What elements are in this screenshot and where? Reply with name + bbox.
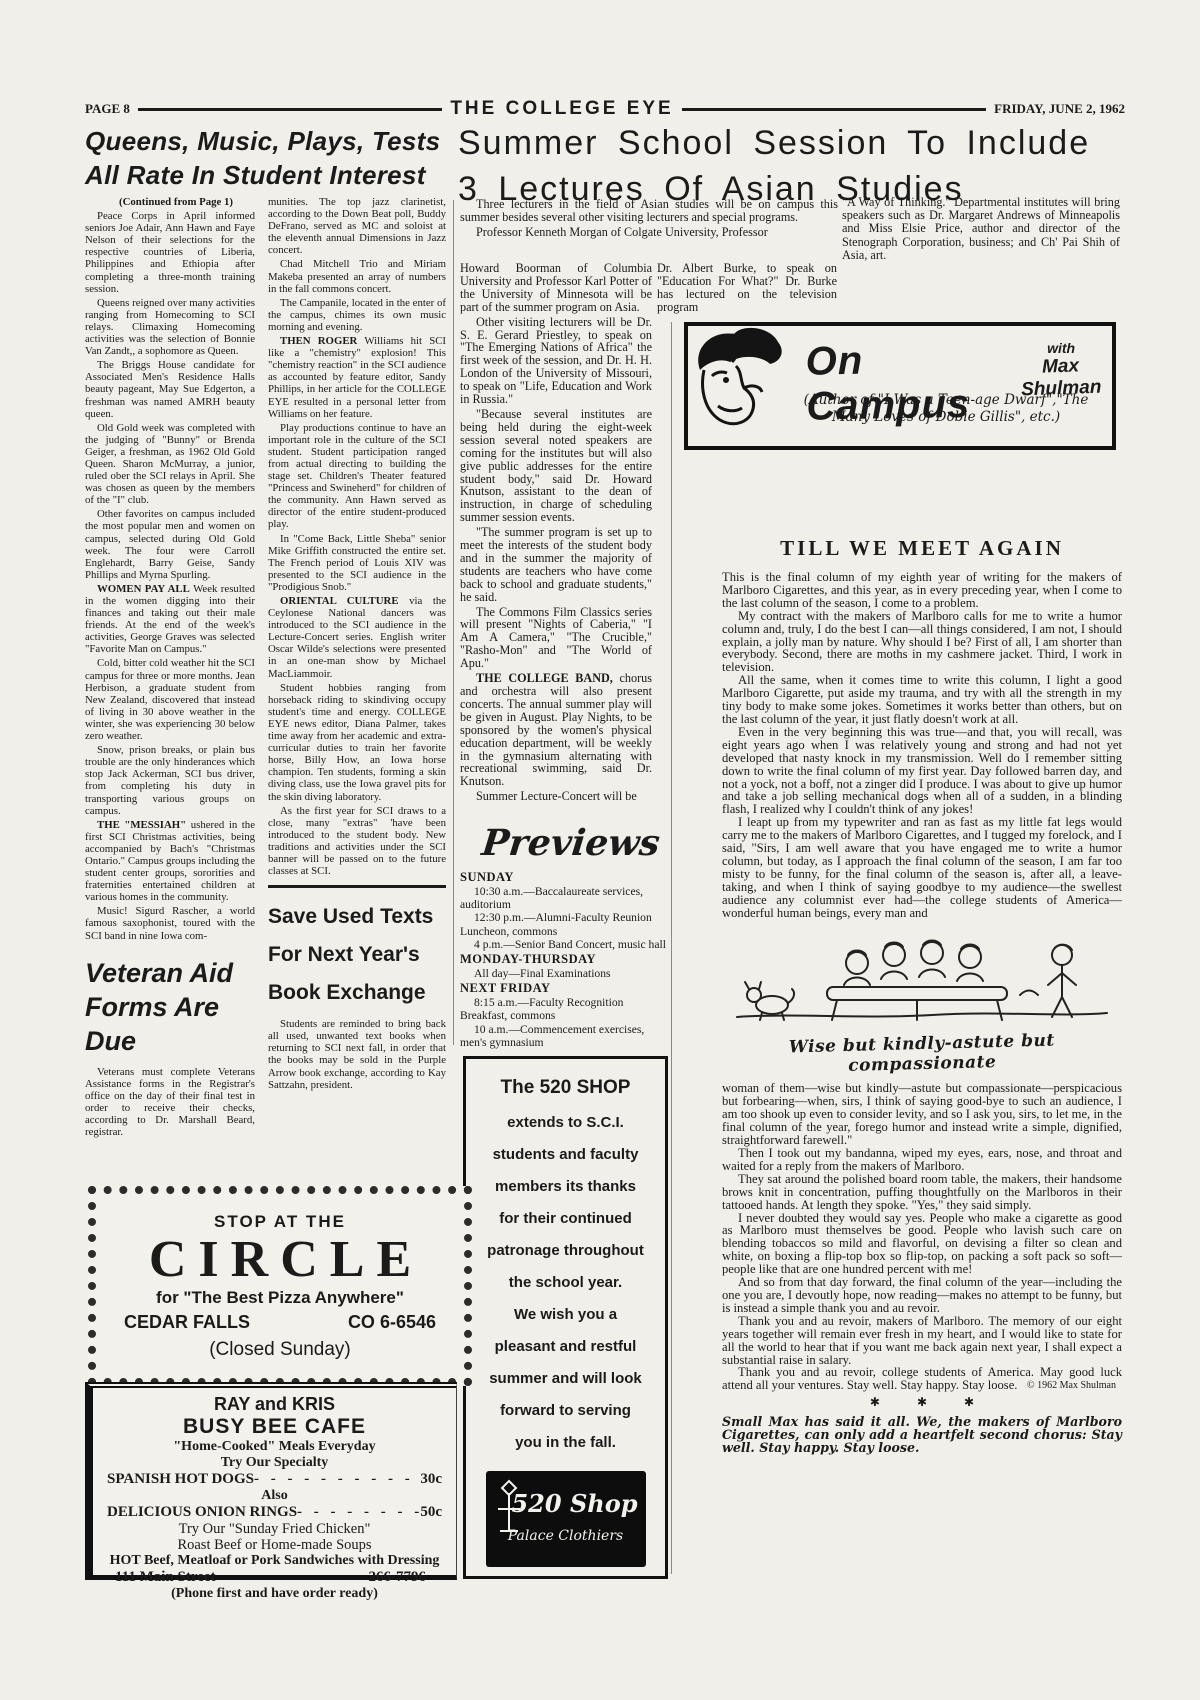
- ad-address: 111 Main Street: [115, 1569, 216, 1586]
- paragraph: Dr. Albert Burke, to speak on "Education…: [657, 262, 837, 314]
- ad-line: patronage throughout: [466, 1242, 665, 1259]
- paragraph: "A Way of Thinking." Departmental instit…: [842, 196, 1120, 262]
- ad-business-name: BUSY BEE CAFE: [93, 1415, 456, 1439]
- summer-column-right: "A Way of Thinking." Departmental instit…: [842, 196, 1120, 262]
- ad-line: STOP AT THE: [96, 1212, 464, 1232]
- paragraph: This is the final column of my eighth ye…: [722, 571, 1122, 610]
- ad-line: (Phone first and have order ready): [93, 1586, 456, 1602]
- previews-section: Previews SUNDAY 10:30 a.m.—Baccalaureate…: [460, 822, 670, 1049]
- paragraph-lead: THEN ROGER: [280, 335, 357, 347]
- menu-item: SPANISH HOT DOGS - - - - - - - - - - - 3…: [93, 1471, 456, 1488]
- circle-pizza-ad: STOP AT THE CIRCLE for "The Best Pizza A…: [88, 1186, 472, 1386]
- headline-line: Book Exchange: [268, 974, 446, 1012]
- paragraph: I leapt up from my typewriter and ran as…: [722, 816, 1122, 919]
- ad-business-name: CIRCLE: [108, 1234, 464, 1286]
- paragraph: My contract with the makers of Marlboro …: [722, 610, 1122, 675]
- ad-line: extends to S.C.I.: [466, 1114, 665, 1131]
- ad-line: forward to serving: [466, 1402, 665, 1419]
- paragraph: Other visiting lecturers will be Dr. S. …: [460, 316, 652, 406]
- ad-contact-row: CEDAR FALLS CO 6-6546: [96, 1308, 464, 1333]
- schedule-item: 10 a.m.—Commencement exercises, men's gy…: [460, 1023, 670, 1049]
- book-exchange-headline: Save Used Texts For Next Year's Book Exc…: [268, 898, 446, 1012]
- paragraph: Queens reigned over many activities rang…: [85, 297, 255, 357]
- ad-line: HOT Beef, Meatloaf or Pork Sandwiches wi…: [93, 1553, 456, 1569]
- paragraph-lead: ORIENTAL CULTURE: [280, 595, 399, 607]
- paragraph: The Campanile, located in the enter of t…: [268, 297, 446, 333]
- queens-column-1: (Continued from Page 1) Peace Corps in A…: [85, 196, 255, 1186]
- paragraph: They sat around the polished board room …: [722, 1173, 1122, 1212]
- on-campus-column-header: On Campus with Max Shulman (Author of "I…: [684, 322, 1116, 450]
- ad-phone: 266-7796: [369, 1569, 427, 1586]
- paragraph: Old Gold week was completed with the jud…: [85, 422, 255, 507]
- shop-520-ad: The 520 SHOP extends to S.C.I. students …: [463, 1056, 668, 1579]
- menu-item: DELICIOUS ONION RINGS - - - - - - - - - …: [93, 1504, 456, 1521]
- paragraph: Then I took out my bandanna, wiped my ey…: [722, 1147, 1122, 1173]
- headline-line: Veteran Aid: [85, 956, 255, 990]
- ad-line: students and faculty: [466, 1146, 665, 1163]
- ad-contact-row: 111 Main Street 266-7796: [93, 1569, 456, 1586]
- article-queens-headline: Queens, Music, Plays, Tests All Rate In …: [85, 124, 455, 192]
- page-number-label: PAGE 8: [85, 101, 130, 117]
- paragraph: The Commons Film Classics series will pr…: [460, 606, 652, 671]
- paragraph: Student hobbies ranging from horseback r…: [268, 682, 446, 803]
- ad-tagline: for "The Best Pizza Anywhere": [96, 1288, 464, 1308]
- schedule-item: All day—Final Examinations: [460, 967, 670, 980]
- paragraph: Students are reminded to bring back all …: [268, 1018, 446, 1091]
- ad-line: members its thanks: [466, 1178, 665, 1195]
- newspaper-page: PAGE 8 THE COLLEGE EYE FRIDAY, JUNE 2, 1…: [0, 0, 1200, 1700]
- cartoon-caption: Wise but kindly-astute but compassionate: [722, 1029, 1123, 1079]
- ad-line: The 520 SHOP: [466, 1077, 665, 1099]
- paragraph-lead: THE "MESSIAH": [97, 819, 186, 831]
- paragraph: All the same, when it comes time to writ…: [722, 674, 1122, 726]
- ad-line: Try Our "Sunday Fried Chicken": [93, 1521, 456, 1537]
- paragraph-lead: WOMEN PAY ALL: [97, 583, 190, 595]
- previews-title: Previews: [480, 822, 672, 864]
- headline-line: Forms Are Due: [85, 990, 255, 1058]
- lamp-post-icon: [492, 1479, 526, 1539]
- headline-line: For Next Year's: [268, 936, 446, 974]
- ad-line: summer and will look: [466, 1370, 665, 1387]
- newspaper-title: THE COLLEGE EYE: [450, 98, 673, 120]
- ad-line: you in the fall.: [466, 1434, 665, 1451]
- ad-line: Roast Beef or Home-made Soups: [93, 1537, 456, 1553]
- menu-item-price: 50c: [420, 1504, 442, 1521]
- paragraph: Professor Kenneth Morgan of Colgate Univ…: [460, 226, 838, 239]
- queens-column-2: munities. The top jazz clarinetist, acco…: [268, 196, 446, 1191]
- ad-owners: RAY and KRIS: [93, 1394, 456, 1415]
- schedule-item: 4 p.m.—Senior Band Concert, music hall: [460, 938, 670, 951]
- schedule-item: 10:30 a.m.—Baccalaureate services, audit…: [460, 885, 670, 911]
- max-shulman-caricature-icon: [682, 318, 800, 440]
- masthead: PAGE 8 THE COLLEGE EYE FRIDAY, JUNE 2, 1…: [85, 98, 1125, 120]
- menu-item-price: 30c: [420, 1471, 442, 1488]
- on-campus-byline: with Max Shulman: [1010, 340, 1112, 400]
- paragraph: Summer Lecture-Concert will be: [460, 790, 652, 803]
- section-divider-stars: ✱ ✱ ✱: [722, 1395, 1122, 1410]
- ad-line: "Home-Cooked" Meals Everyday: [93, 1439, 456, 1455]
- paragraph: As the first year for SCI draws to a clo…: [268, 805, 446, 878]
- schedule-day: NEXT FRIDAY: [460, 981, 670, 996]
- continued-note: (Continued from Page 1): [85, 196, 255, 208]
- headline-line: All Rate In Student Interest: [85, 158, 455, 192]
- issue-date: FRIDAY, JUNE 2, 1962: [994, 101, 1125, 117]
- menu-item-name: SPANISH HOT DOGS: [107, 1471, 254, 1488]
- paragraph: Snow, prison breaks, or plain bus troubl…: [85, 744, 255, 817]
- paragraph: woman of them—wise but kindly—astute but…: [722, 1082, 1122, 1147]
- paragraph: Thank you and au revoir, makers of Marlb…: [722, 1315, 1122, 1367]
- shop-520-logo: 520 Shop Palace Clothiers: [486, 1471, 646, 1567]
- board-room-cartoon: [732, 925, 1112, 1029]
- paragraph: I never doubted they would say yes. Peop…: [722, 1212, 1122, 1277]
- paragraph: Music! Sigurd Rascher, a world famous sa…: [85, 905, 255, 941]
- paragraph: munities. The top jazz clarinetist, acco…: [268, 196, 446, 256]
- ad-line: We wish you a: [466, 1306, 665, 1323]
- menu-item-dots: - - - - - - - - - - -: [254, 1471, 420, 1488]
- paragraph: Three lecturers in the field of Asian st…: [460, 198, 838, 224]
- column-divider: [453, 200, 454, 1045]
- paragraph: The Briggs House candidate for Associate…: [85, 359, 255, 419]
- summer-column-mid: Dr. Albert Burke, to speak on "Education…: [657, 262, 837, 316]
- schedule-day: MONDAY-THURSDAY: [460, 952, 670, 967]
- paragraph: Chad Mitchell Trio and Miriam Makeba pre…: [268, 258, 446, 294]
- paragraph: THE "MESSIAH" ushered in the first SCI C…: [85, 819, 255, 904]
- paragraph: ORIENTAL CULTURE via the Ceylonese Natio…: [268, 595, 446, 680]
- ad-hours-note: (Closed Sunday): [96, 1339, 464, 1361]
- paragraph-text: via the Ceylonese National dancers was i…: [268, 595, 446, 680]
- marlboro-postscript: Small Max has said it all. We, the maker…: [722, 1416, 1122, 1455]
- paragraph: In "Come Back, Little Sheba" senior Mike…: [268, 533, 446, 593]
- column-title: TILL WE MEET AGAIN: [722, 536, 1122, 561]
- summer-intro: Three lecturers in the field of Asian st…: [460, 198, 838, 241]
- shulman-column: TILL WE MEET AGAIN This is the final col…: [722, 536, 1122, 1455]
- paragraph: "The summer program is set up to meet th…: [460, 526, 652, 603]
- paragraph: And so from that day forward, the final …: [722, 1276, 1122, 1315]
- masthead-rule-left: [138, 108, 442, 111]
- schedule-item: 8:15 a.m.—Faculty Recognition Breakfast,…: [460, 996, 670, 1022]
- paragraph: Veterans must complete Veterans Assistan…: [85, 1066, 255, 1139]
- previews-schedule: SUNDAY 10:30 a.m.—Baccalaureate services…: [460, 870, 670, 1049]
- busy-bee-cafe-ad: RAY and KRIS BUSY BEE CAFE "Home-Cooked"…: [85, 1382, 457, 1580]
- ad-line: for their continued: [466, 1210, 665, 1227]
- headline-line: Queens, Music, Plays, Tests: [85, 124, 455, 158]
- paragraph-text: ushered in the first SCI Christmas activ…: [85, 819, 255, 904]
- section-rule: [268, 885, 446, 888]
- paragraph: Other favorites on campus included the m…: [85, 508, 255, 581]
- paragraph: "Because several institutes are being he…: [460, 408, 652, 524]
- ad-line: Try Our Specialty: [93, 1455, 456, 1471]
- paragraph: Cold, bitter cold weather hit the SCI ca…: [85, 657, 255, 742]
- menu-item-dots: - - - - - - - - -: [297, 1504, 420, 1521]
- summer-column-left: Howard Boorman of Columbia University an…: [460, 262, 652, 828]
- schedule-day: SUNDAY: [460, 870, 670, 885]
- ad-line: the school year.: [466, 1274, 665, 1291]
- paragraph: THE COLLEGE BAND, chorus and orchestra w…: [460, 672, 652, 788]
- paragraph: Play productions continue to have an imp…: [268, 422, 446, 531]
- schedule-item: 12:30 p.m.—Alumni-Faculty Reunion Lunche…: [460, 911, 670, 937]
- paragraph: Howard Boorman of Columbia University an…: [460, 262, 652, 314]
- paragraph-lead: THE COLLEGE BAND,: [476, 671, 613, 685]
- paragraph: Even in the very beginning this was true…: [722, 726, 1122, 816]
- author-credit: (Author of "I Was a Teen-age Dwarf","The…: [788, 392, 1104, 426]
- paragraph-text: Williams hit SCI like a "chemistry" expl…: [268, 335, 446, 420]
- ad-phone: CO 6-6546: [348, 1312, 436, 1333]
- headline-line: Summer School Session To Include: [458, 120, 1122, 166]
- ad-city: CEDAR FALLS: [124, 1312, 250, 1333]
- masthead-rule-right: [682, 108, 986, 111]
- column-divider: [671, 322, 672, 1574]
- paragraph: WOMEN PAY ALL Week resulted in the women…: [85, 583, 255, 656]
- headline-line: Save Used Texts: [268, 898, 446, 936]
- veteran-aid-headline: Veteran Aid Forms Are Due: [85, 956, 255, 1058]
- paragraph: Peace Corps in April informed seniors Jo…: [85, 210, 255, 295]
- paragraph-text: chorus and orchestra will also present c…: [460, 671, 652, 788]
- ad-line: pleasant and restful: [466, 1338, 665, 1355]
- with-label: with: [1010, 340, 1112, 356]
- ad-line: Also: [93, 1488, 456, 1504]
- paragraph: THEN ROGER Williams hit SCI like a "chem…: [268, 335, 446, 420]
- menu-item-name: DELICIOUS ONION RINGS: [107, 1504, 297, 1521]
